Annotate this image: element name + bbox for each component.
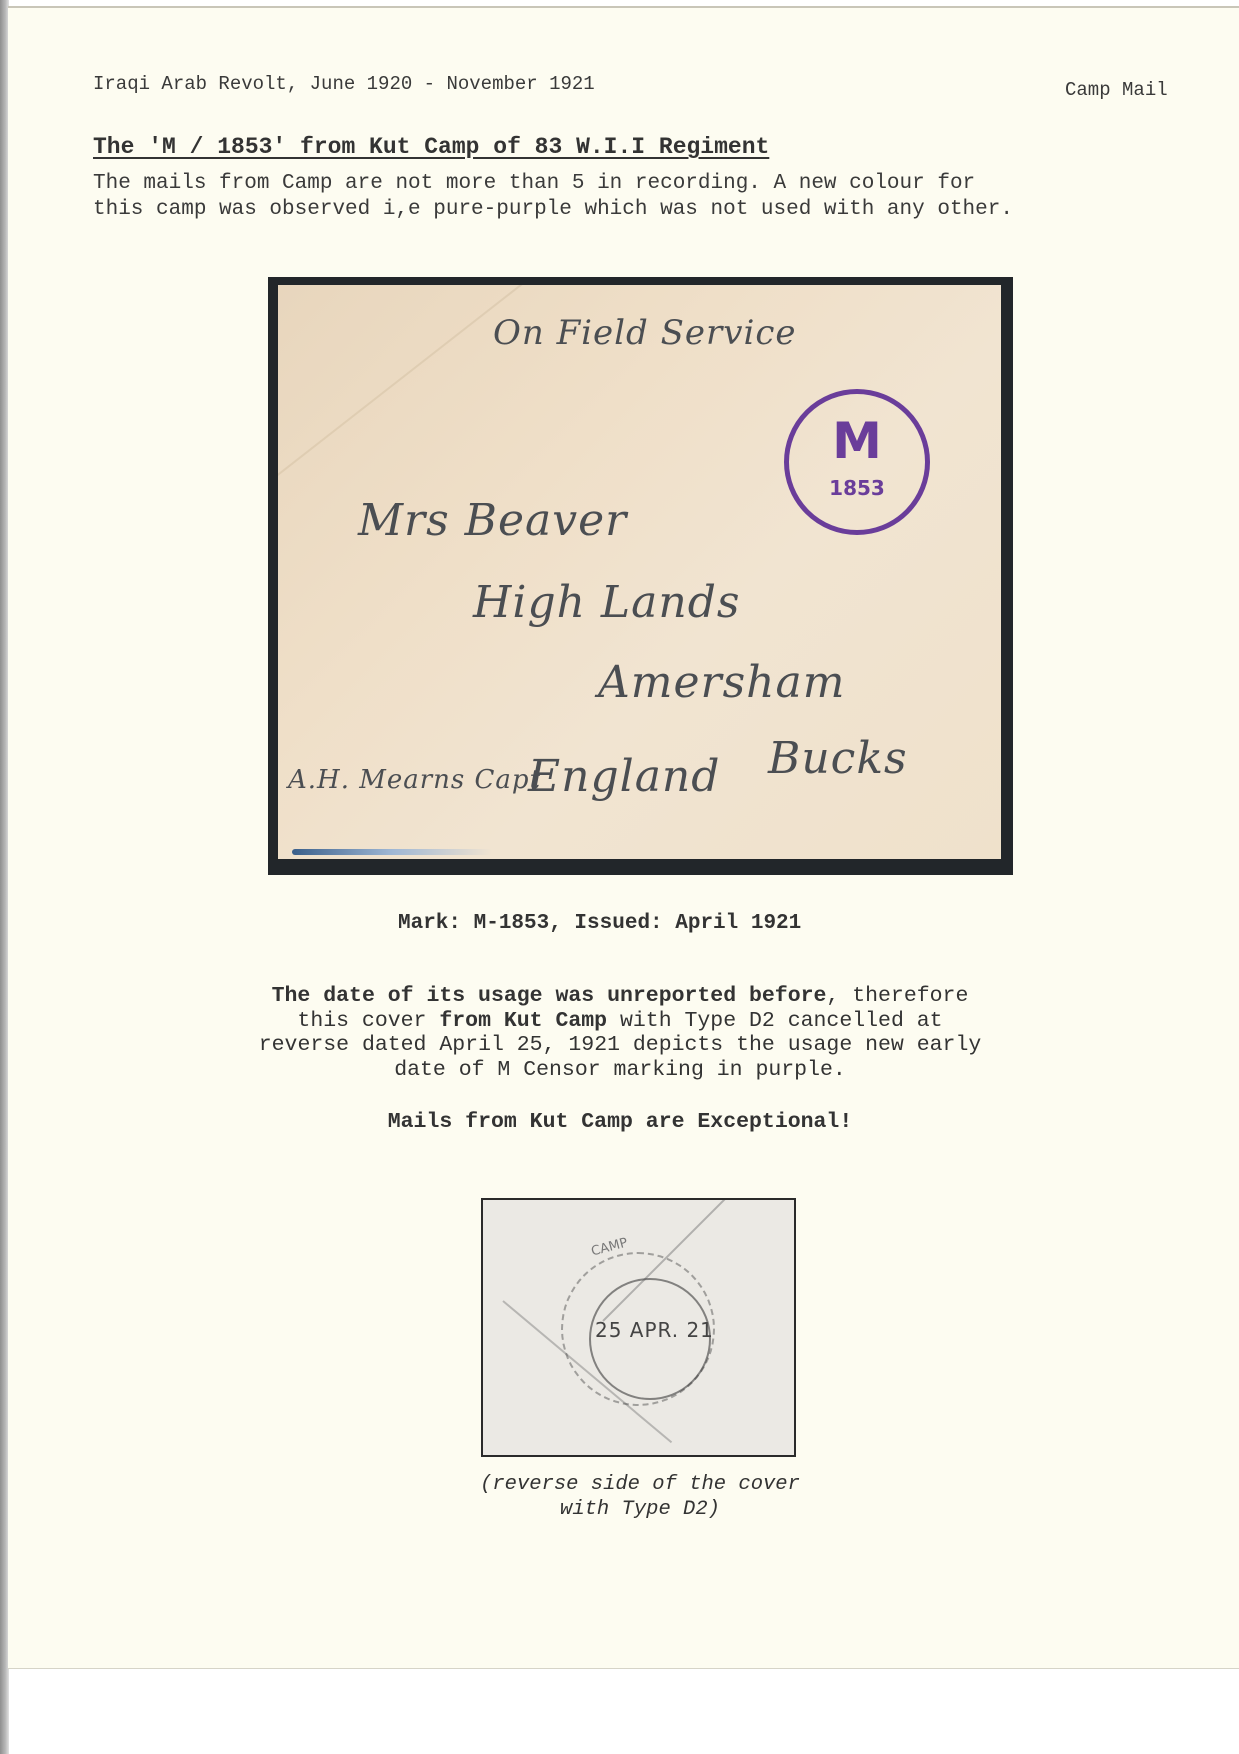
page-title: The 'M / 1853' from Kut Camp of 83 W.I.I… (93, 134, 769, 160)
paragraph-line-4: date of M Censor marking in purple. (190, 1058, 1050, 1083)
handwritten-endorsement: On Field Service (493, 313, 797, 353)
mark-caption: Mark: M-1853, Issued: April 1921 (398, 912, 801, 935)
reverse-caption-line-1: (reverse side of the cover (430, 1472, 850, 1497)
handwritten-address-line-2: High Lands (473, 577, 740, 628)
exceptional-note: Mails from Kut Camp are Exceptional! (190, 1110, 1050, 1134)
paragraph-text-2b: with Type D2 cancelled at (607, 1009, 942, 1033)
censor-stamp-number: 1853 (789, 476, 925, 500)
mount-glare (292, 849, 492, 855)
page-header-left: Iraqi Arab Revolt, June 1920 - November … (93, 73, 595, 95)
intro-line-1: The mails from Camp are not more than 5 … (93, 171, 1013, 197)
paragraph-text-2a: this cover (297, 1009, 439, 1033)
handwritten-address-line-3: Amersham (598, 657, 845, 708)
paragraph-line-3: reverse dated April 25, 1921 depicts the… (190, 1033, 1050, 1058)
reverse-caption: (reverse side of the cover with Type D2) (430, 1472, 850, 1522)
envelope-paper: On Field Service M 1853 Mrs Beaver High … (278, 285, 1001, 859)
paragraph-line-1: The date of its usage was unreported bef… (190, 984, 1050, 1009)
handwritten-county: Bucks (768, 733, 908, 784)
paragraph-text-1: , therefore (826, 984, 968, 1008)
intro-text: The mails from Camp are not more than 5 … (93, 171, 1013, 223)
handwritten-addressee: Mrs Beaver (358, 495, 627, 546)
postmark-date: 25 APR. 21 (595, 1318, 714, 1342)
handwritten-country: England (528, 751, 720, 802)
description-paragraph: The date of its usage was unreported bef… (190, 984, 1050, 1082)
paragraph-bold-1: The date of its usage was unreported bef… (272, 984, 827, 1008)
cover-reverse-image: CAMP 25 APR. 21 (481, 1198, 796, 1457)
handwritten-signature: A.H. Mearns Capt (288, 765, 541, 795)
paragraph-line-2: this cover from Kut Camp with Type D2 ca… (190, 1009, 1050, 1034)
paragraph-bold-2: from Kut Camp (439, 1009, 607, 1033)
cover-front-image: On Field Service M 1853 Mrs Beaver High … (268, 277, 1013, 875)
censor-stamp: M 1853 (784, 389, 930, 535)
censor-stamp-letter: M (789, 416, 925, 466)
page-header-right: Camp Mail (1065, 79, 1168, 101)
reverse-caption-line-2: with Type D2) (430, 1497, 850, 1522)
intro-line-2: this camp was observed i,e pure-purple w… (93, 197, 1013, 223)
